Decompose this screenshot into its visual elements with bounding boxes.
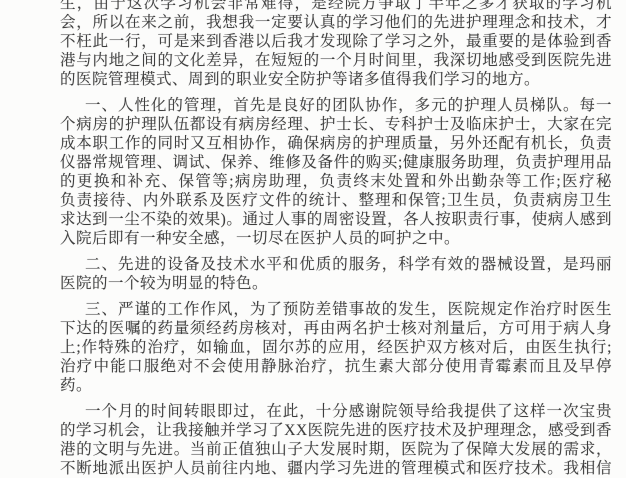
text-line: 会，所以在来之前，我想我一定要认真的学习他们的先进护理理念和技术，才 [60, 13, 612, 32]
text-line: 港的文明与先进。当前正值独山子大发展时期，医院为了保障大发展的需求， [60, 440, 612, 459]
text-line: 医院的一个较为明显的特色。 [60, 274, 612, 293]
text-line: 的学习机会，让我接触并学习了XX医院先进的医疗技术及护理理念，感受到香 [60, 421, 612, 440]
text-line: 的更换和补充、保管等;病房助理，负责终末处置和外出勤杂等工作;医疗秘书， [60, 172, 612, 191]
text-line: 药。 [60, 376, 612, 395]
text-line: 仪器常规管理、调试、保养、维修及备件的购买;健康服务助理，负责护理用品 [60, 153, 612, 172]
text-line: 个病房的护理队伍都设有病房经理、护士长、专科护士及临床护士，大家在完 [60, 115, 612, 134]
text-line: 一、人性化的管理，首先是良好的团队协作，多元的护理人员梯队。每一 [60, 96, 612, 115]
paragraph: 一个月的时间转眼即过，在此，十分感谢院领导给我提供了这样一次宝贵 的学习机会，让… [60, 402, 612, 470]
text-line: 成本职工作的同时又互相协作，确保病房的护理质量，另外还配有机长，负责 [60, 134, 612, 153]
paragraph: 二、先进的设备及技术水平和优质的服务，科学有效的器械设置，是玛丽 医院的一个较为… [60, 255, 612, 293]
paragraph: 生，由于这次学习机会非常难得，是经院方争取了半年之多才获取的学习机 会，所以在来… [60, 0, 612, 89]
text-line: 三、严谨的工作作风，为了预防差错事故的发生，医院规定作治疗时医生 [60, 300, 612, 319]
text-line: 入院后即有一种安全感，一切尽在医护人员的呵护之中。 [60, 229, 612, 248]
text-line: 下达的医嘱的药量须经药房核对，再由两名护士核对剂量后，方可用于病人身 [60, 319, 612, 338]
text-line: 二、先进的设备及技术水平和优质的服务，科学有效的器械设置，是玛丽 [60, 255, 612, 274]
text-line: 不枉此一行，可是来到香港以后我才发现除了学习之外，最重要的是体验到香 [60, 32, 612, 51]
text-line: 生，由于这次学习机会非常难得，是经院方争取了半年之多才获取的学习机 [60, 0, 612, 13]
text-line: 治疗中能口服绝对不会使用静脉治疗，抗生素大部分使用青霉素而且及早停 [60, 357, 612, 376]
text-line: 不断地派出医护人员前往内地、疆内学习先进的管理模式和医疗技术。我相信 [60, 459, 612, 470]
text-line: 负责接待、内外联系及医疗文件的统计、整理和保管;卫生员，负责病房卫生(要 [60, 191, 612, 210]
paragraph: 三、严谨的工作作风，为了预防差错事故的发生，医院规定作治疗时医生 下达的医嘱的药… [60, 300, 612, 395]
document-page: 生，由于这次学习机会非常难得，是经院方争取了半年之多才获取的学习机 会，所以在来… [60, 0, 612, 470]
text-line: 一个月的时间转眼即过，在此，十分感谢院领导给我提供了这样一次宝贵 [60, 402, 612, 421]
paragraph: 一、人性化的管理，首先是良好的团队协作，多元的护理人员梯队。每一 个病房的护理队… [60, 96, 612, 248]
text-line: 的医院管理模式、周到的职业安全防护等诸多值得我们学习的地方。 [60, 70, 612, 89]
text-line: 求达到一尘不染的效果)。通过人事的周密设置，各人按职责行事，使病人感到 [60, 210, 612, 229]
text-line: 港与内地之间的文化差异，在短短的一个月时间里，我深切地感受到医院先进 [60, 51, 612, 70]
text-line: 上;作特殊的治疗，如输血，固尔苏的应用，经医护双方核对后，由医生执行;在 [60, 338, 612, 357]
